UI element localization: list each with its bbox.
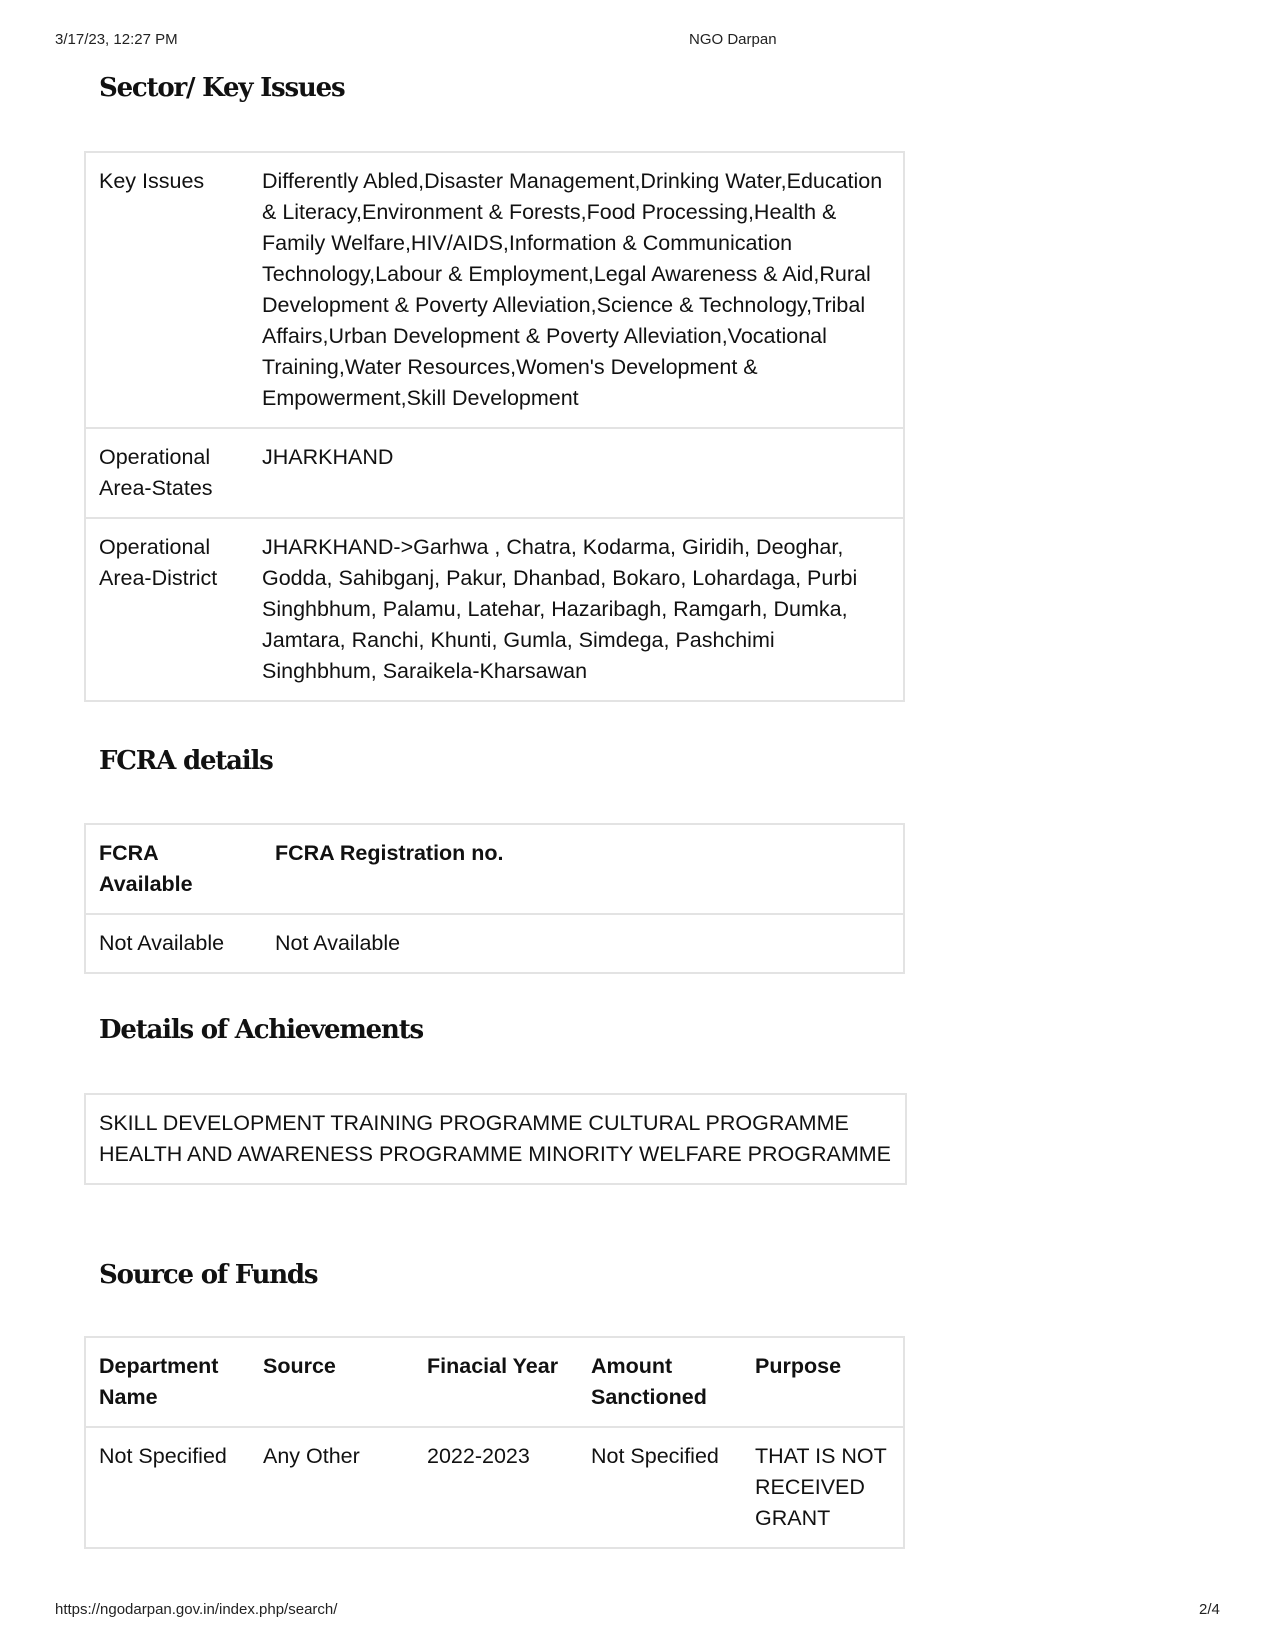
fcra-table: FCRA Available FCRA Registration no. Not… — [84, 823, 905, 974]
table-header-row: Department Name Source Finacial Year Amo… — [85, 1337, 904, 1427]
section-title-sector: Sector/ Key Issues — [99, 73, 344, 103]
sector-table: Key Issues Differently Abled,Disaster Ma… — [84, 151, 905, 702]
column-header: Source — [250, 1337, 414, 1427]
table-cell: Not Specified — [85, 1427, 250, 1548]
column-header: FCRA Available — [85, 824, 262, 914]
table-row: Operational Area-States JHARKHAND — [85, 428, 904, 518]
page-header-title: NGO Darpan — [689, 31, 777, 48]
table-cell: Not Available — [262, 914, 904, 973]
section-title-fcra: FCRA details — [99, 746, 273, 776]
page-number: 2/4 — [1199, 1601, 1220, 1618]
funds-table: Department Name Source Finacial Year Amo… — [84, 1336, 905, 1549]
table-row: Not Specified Any Other 2022-2023 Not Sp… — [85, 1427, 904, 1548]
row-label: Operational Area-States — [85, 428, 249, 518]
section-title-achievements: Details of Achievements — [99, 1015, 423, 1045]
row-label: Operational Area-District — [85, 518, 249, 701]
row-value: Differently Abled,Disaster Management,Dr… — [249, 152, 904, 428]
row-value: JHARKHAND->Garhwa , Chatra, Kodarma, Gir… — [249, 518, 904, 701]
table-row: Operational Area-District JHARKHAND->Gar… — [85, 518, 904, 701]
column-header: Department Name — [85, 1337, 250, 1427]
achievements-text: SKILL DEVELOPMENT TRAINING PROGRAMME CUL… — [84, 1093, 907, 1185]
page-url: https://ngodarpan.gov.in/index.php/searc… — [55, 1601, 337, 1618]
table-row: Key Issues Differently Abled,Disaster Ma… — [85, 152, 904, 428]
table-cell: Any Other — [250, 1427, 414, 1548]
table-cell: Not Available — [85, 914, 262, 973]
column-header: FCRA Registration no. — [262, 824, 904, 914]
table-header-row: FCRA Available FCRA Registration no. — [85, 824, 904, 914]
column-header: Purpose — [742, 1337, 904, 1427]
row-label: Key Issues — [85, 152, 249, 428]
column-header: Finacial Year — [414, 1337, 578, 1427]
table-cell: 2022-2023 — [414, 1427, 578, 1548]
print-datetime: 3/17/23, 12:27 PM — [55, 31, 178, 48]
table-row: Not Available Not Available — [85, 914, 904, 973]
section-title-funds: Source of Funds — [99, 1260, 317, 1290]
table-cell: THAT IS NOT RECEIVED GRANT — [742, 1427, 904, 1548]
table-cell: Not Specified — [578, 1427, 742, 1548]
column-header: Amount Sanctioned — [578, 1337, 742, 1427]
row-value: JHARKHAND — [249, 428, 904, 518]
